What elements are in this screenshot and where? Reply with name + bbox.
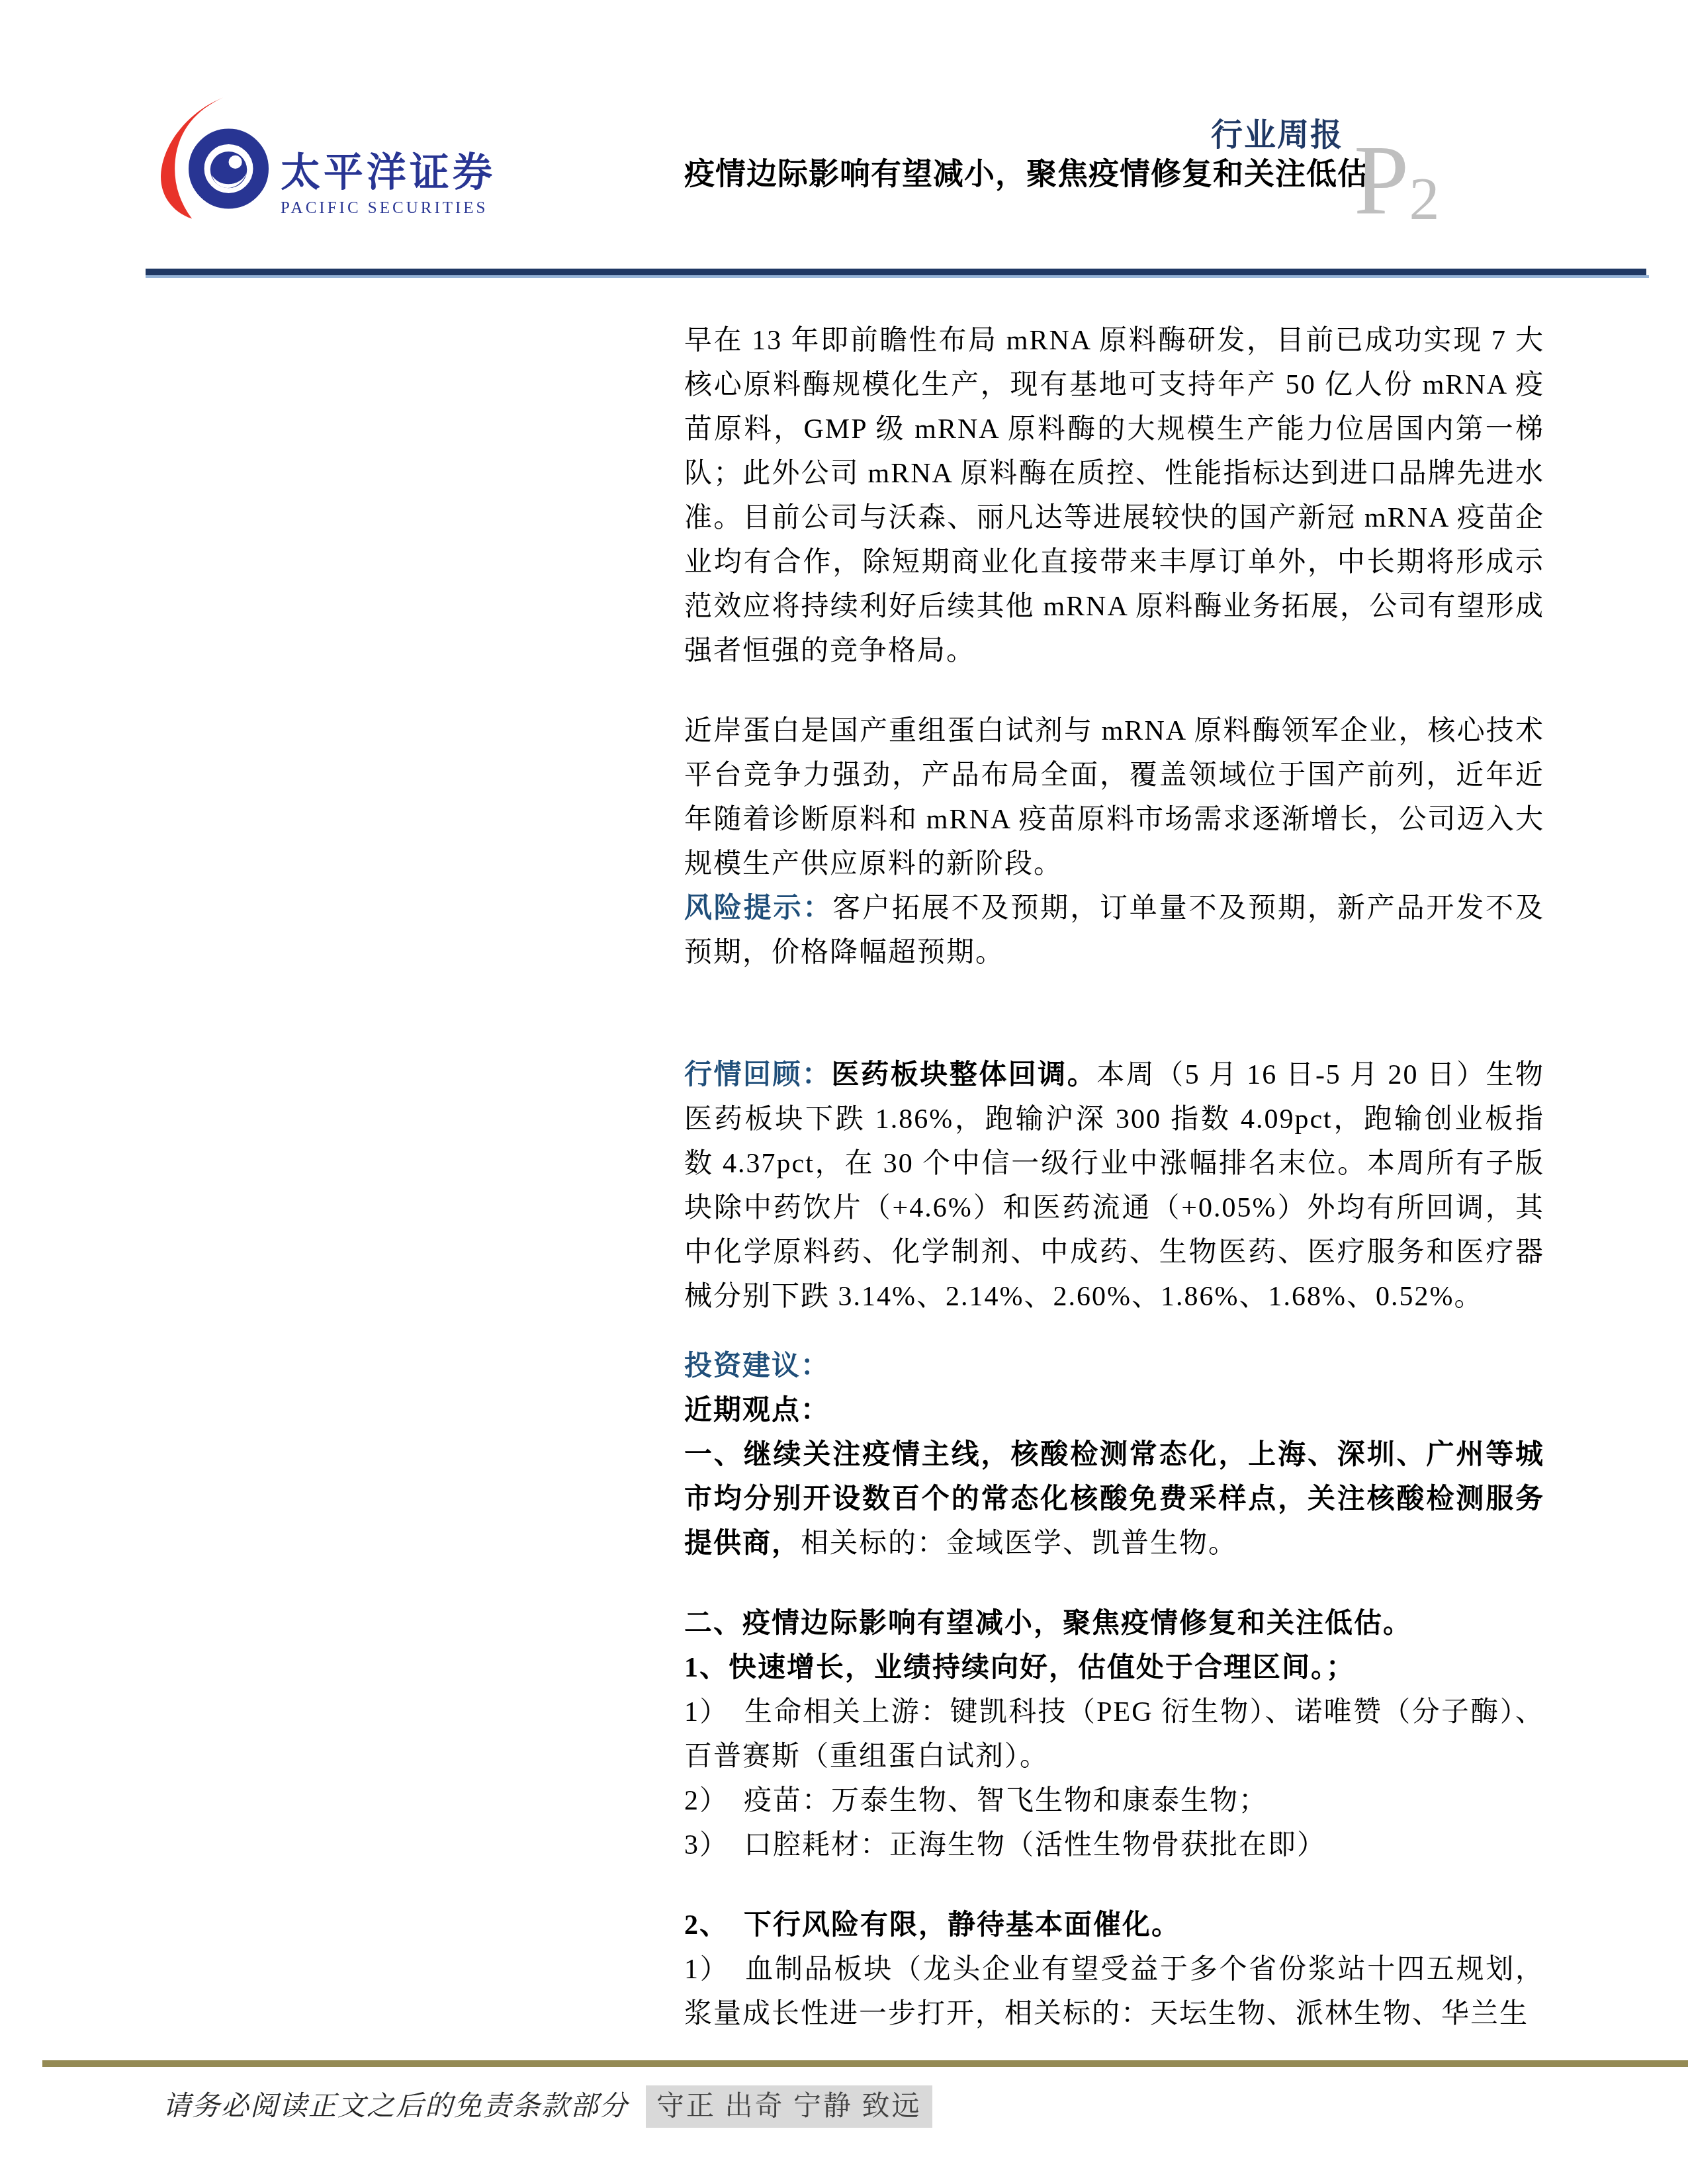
company-logo: 太平洋证券 PACIFIC SECURITIES — [157, 86, 496, 230]
body-column: 早在 13 年即前瞻性布局 mRNA 原料酶研发，目前已成功实现 7 大核心原料… — [684, 319, 1544, 2036]
logo-name-cn: 太平洋证券 — [281, 151, 496, 195]
advice-point1-rest: 相关标的：金域医学、凯普生物。 — [801, 1528, 1237, 1559]
header-rule — [146, 269, 1646, 275]
page-title: 疫情边际影响有望减小，聚焦疫情修复和关注低估 — [684, 150, 1346, 193]
paragraph-company-summary: 近岸蛋白是国产重组蛋白试剂与 mRNA 原料酶领军企业，核心技术平台竞争力强劲，… — [684, 709, 1544, 887]
report-page: 太平洋证券 PACIFIC SECURITIES 行业周报 疫情边际影响有望减小… — [0, 0, 1688, 2184]
list-item: 2） 疫苗：万泰生物、智飞生物和康泰生物； — [684, 1779, 1544, 1823]
paragraph-risk: 风险提示：客户拓展不及预期，订单量不及预期，新产品开发不及预期，价格降幅超预期。 — [684, 887, 1544, 975]
review-label: 行情回顾： — [684, 1060, 832, 1090]
advice-point1: 一、继续关注疫情主线，核酸检测常态化，上海、深圳、广州等城市均分别开设数百个的常… — [684, 1433, 1544, 1566]
header-rule-accent — [146, 275, 1649, 278]
advice-recent-view: 近期观点： — [684, 1389, 1544, 1433]
logo-name-en: PACIFIC SECURITIES — [281, 198, 496, 218]
paragraph-market-review: 行情回顾：医药板块整体回调。本周（5 月 16 日-5 月 20 日）生物医药板… — [684, 1053, 1544, 1319]
review-text: 本周（5 月 16 日-5 月 20 日）生物医药板块下跌 1.86%，跑输沪深… — [684, 1060, 1544, 1312]
paragraph-mrna-enzyme: 早在 13 年即前瞻性布局 mRNA 原料酶研发，目前已成功实现 7 大核心原料… — [684, 319, 1544, 674]
list-item: 1） 血制品板块（龙头企业有望受益于多个省份浆站十四五规划，浆量成长性进一步打开… — [684, 1948, 1544, 2036]
risk-label: 风险提示： — [684, 893, 832, 924]
list-item: 1） 生命相关上游：键凯科技（PEG 衍生物）、诺唯赞（分子酶）、百普赛斯（重组… — [684, 1690, 1544, 1779]
report-type-label: 行业周报 — [1211, 109, 1343, 155]
advice-point2-title: 二、疫情边际影响有望减小，聚焦疫情修复和关注低估。 — [684, 1602, 1544, 1646]
page-number-letter: P — [1354, 126, 1409, 236]
pacific-securities-logo-icon — [157, 86, 269, 230]
footer-disclaimer: 请务必阅读正文之后的免责条款部分 — [163, 2085, 629, 2128]
footer-rule — [42, 2060, 1688, 2067]
advice-sub1-title: 1、快速增长，业绩持续向好，估值处于合理区间。； — [684, 1646, 1544, 1690]
list-item: 3） 口腔耗材：正海生物（活性生物骨获批在即） — [684, 1823, 1544, 1868]
logo-text: 太平洋证券 PACIFIC SECURITIES — [281, 151, 496, 218]
advice-label: 投资建议： — [684, 1344, 1544, 1389]
page-number: P2 — [1354, 131, 1439, 230]
footer-motto: 守正 出奇 宁静 致远 — [646, 2085, 932, 2128]
advice-sub2-title: 2、 下行风险有限，静待基本面催化。 — [684, 1903, 1544, 1948]
review-bold-lead: 医药板块整体回调。 — [832, 1060, 1097, 1090]
page-number-digit: 2 — [1409, 168, 1439, 229]
